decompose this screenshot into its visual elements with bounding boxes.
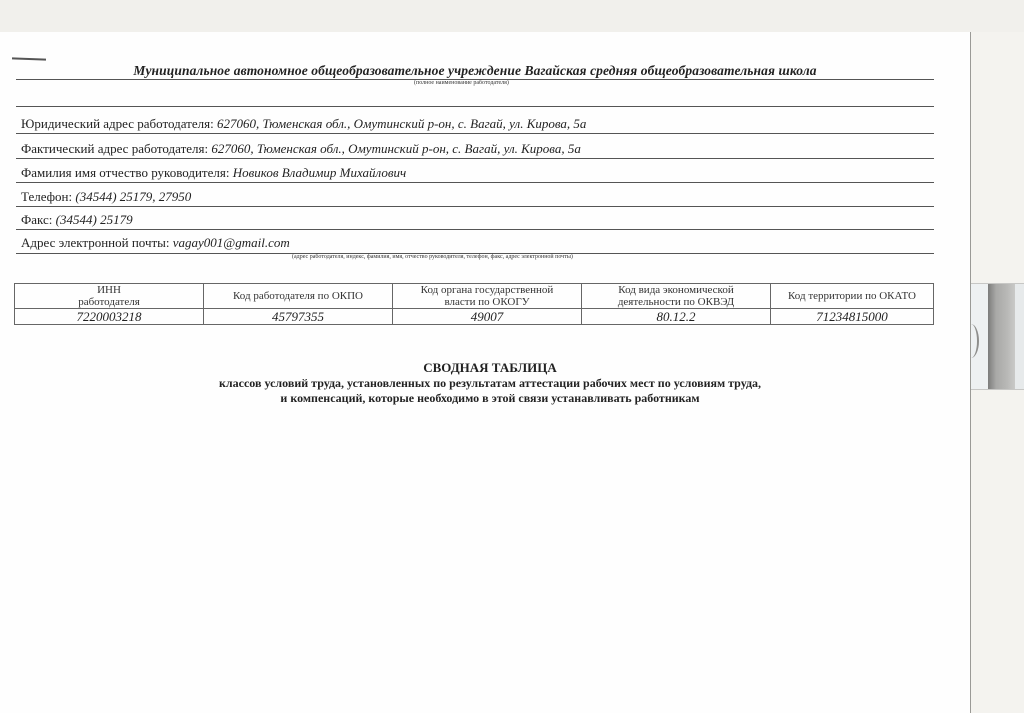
okogu-value: 49007 [393,309,582,325]
header-okpo: Код работодателя по ОКПО [204,284,393,309]
clip-body [988,284,1015,389]
field-label: Факс: [21,212,56,227]
phone-field: Телефон: (34544) 25179, 27950 [21,189,934,205]
binder-clip [971,283,1024,390]
director-name-field: Фамилия имя отчество руководителя: Новик… [21,165,934,181]
field-underline [16,158,934,159]
header-okved: Код вида экономическойдеятельности по ОК… [582,284,771,309]
field-value: 627060, Тюменская обл., Омутинский р-он,… [211,141,580,156]
subtitle-line-1: классов условий труда, установленных по … [219,376,761,390]
field-underline [16,229,934,230]
okato-value: 71234815000 [771,309,934,325]
okpo-value: 45797355 [204,309,393,325]
field-label: Адрес электронной почты: [21,235,173,250]
inn-value: 7220003218 [15,309,204,325]
field-underline [16,133,934,134]
field-label: Фамилия имя отчество руководителя: [21,165,233,180]
field-label: Фактический адрес работодателя: [21,141,211,156]
organization-caption: (полное наименование работодателя) [414,80,509,86]
field-value: 627060, Тюменская обл., Омутинский р-он,… [217,116,586,131]
okved-value: 80.12.2 [582,309,771,325]
legal-address-field: Юридический адрес работодателя: 627060, … [21,116,934,132]
clip-curve [963,324,979,358]
header-okato: Код территории по ОКАТО [771,284,934,309]
summary-table-title: СВОДНАЯ ТАБЛИЦА [150,360,830,375]
blank-line [16,106,934,107]
registration-codes-table: ИННработодателя Код работодателя по ОКПО… [14,283,934,325]
header-inn: ИННработодателя [15,284,204,309]
field-value: vagay001@gmail.com [173,235,290,250]
field-label: Юридический адрес работодателя: [21,116,217,131]
fax-field: Факс: (34544) 25179 [21,212,934,228]
field-value: (34544) 25179 [56,212,133,227]
table-header-row: ИННработодателя Код работодателя по ОКПО… [15,284,934,309]
summary-table-subtitle: классов условий труда, установленных по … [120,376,860,406]
field-underline [16,206,934,207]
field-underline [16,182,934,183]
field-label: Телефон: [21,189,75,204]
actual-address-field: Фактический адрес работодателя: 627060, … [21,141,934,157]
field-value: Новиков Владимир Михайлович [233,165,407,180]
clip-edge-right [1015,284,1024,389]
email-field: Адрес электронной почты: vagay001@gmail.… [21,235,934,251]
field-value: (34544) 25179, 27950 [75,189,191,204]
header-okogu: Код органа государственнойвласти по ОКОГ… [393,284,582,309]
organization-name: Муниципальное автономное общеобразовател… [16,62,934,80]
contacts-caption: (адрес работодателя, индекс, фамилия, им… [292,254,573,260]
table-row: 7220003218 45797355 49007 80.12.2 712348… [15,309,934,325]
subtitle-line-2: и компенсаций, которые необходимо в этой… [280,391,699,405]
